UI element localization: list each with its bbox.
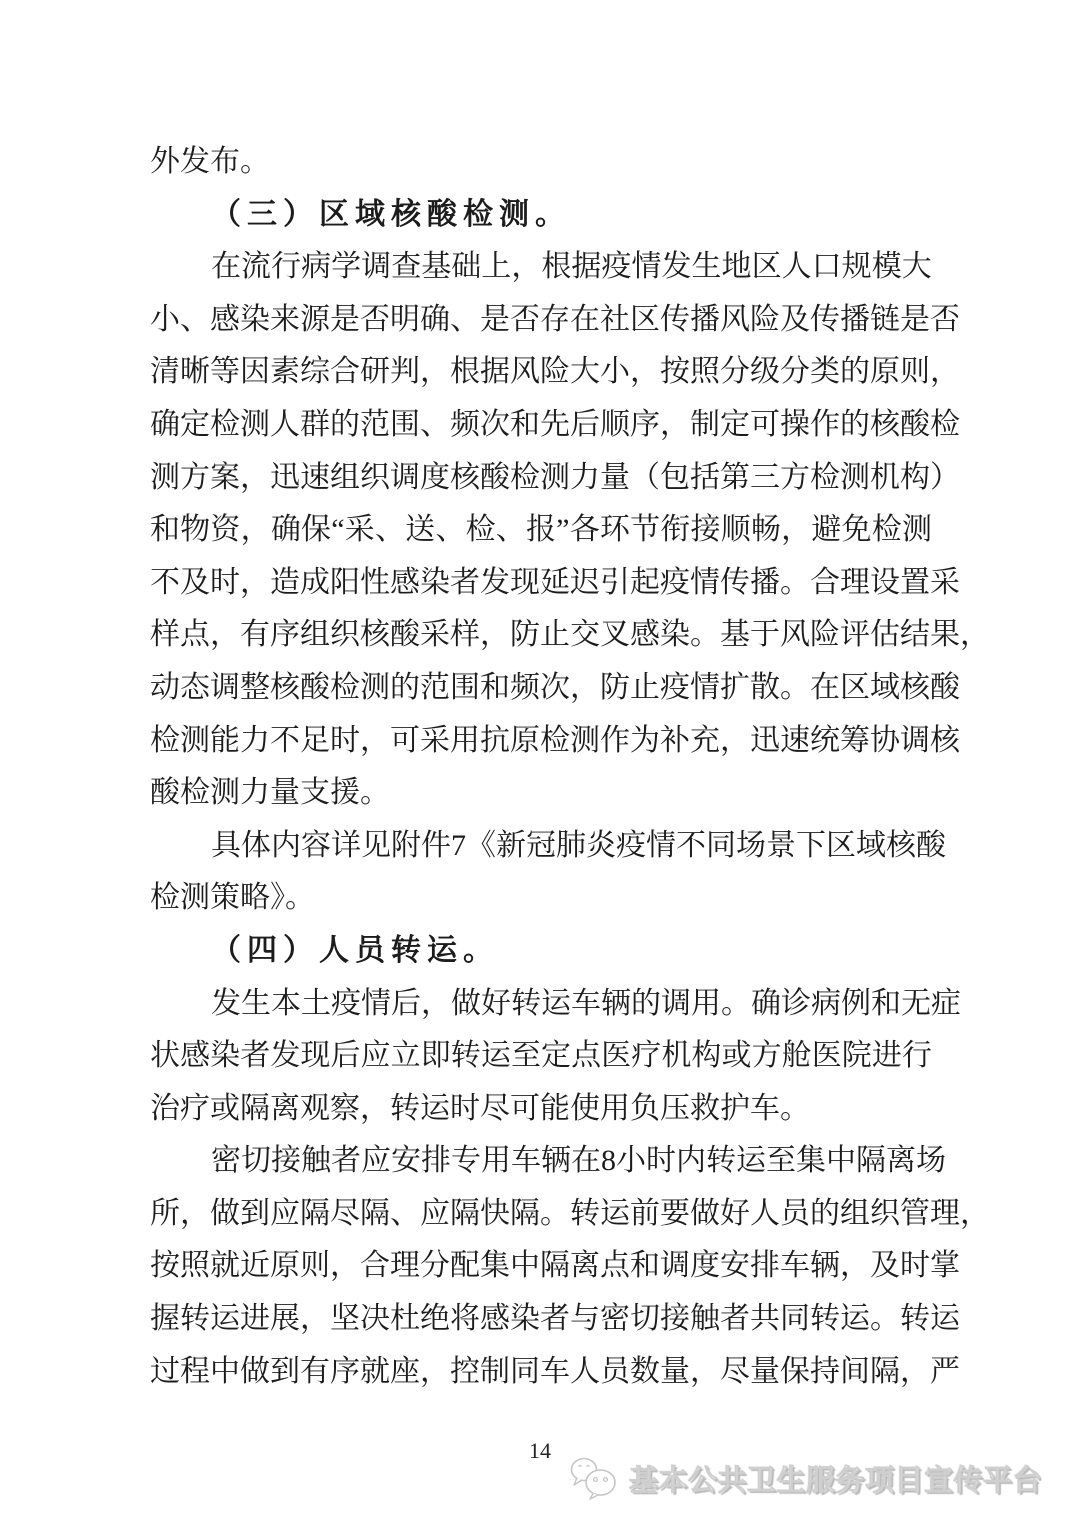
section-heading: （四）人员转运。 [150, 925, 932, 978]
text-line: 小、感染来源是否明确、是否存在社区传播风险及传播链是否 [150, 294, 932, 347]
watermark: 基本公共卫生服务项目宣传平台 [569, 1456, 1042, 1500]
text-line: 密切接触者应安排专用车辆在8小时内转运至集中隔离场 [150, 1135, 932, 1188]
text-line: 治疗或隔离观察，转运时尽可能使用负压救护车。 [150, 1083, 932, 1136]
text-line: 发生本土疫情后，做好转运车辆的调用。确诊病例和无症 [150, 978, 932, 1031]
text-line: 测方案，迅速组织调度核酸检测力量（包括第三方检测机构） [150, 452, 932, 505]
text-line: 过程中做到有序就座，控制同车人员数量，尽量保持间隔，严 [150, 1346, 932, 1399]
text-line: 清晰等因素综合研判，根据风险大小，按照分级分类的原则， [150, 346, 932, 399]
text-line: 所，做到应隔尽隔、应隔快隔。转运前要做好人员的组织管理， [150, 1188, 932, 1241]
text-line: 按照就近原则，合理分配集中隔离点和调度安排车辆，及时掌 [150, 1240, 932, 1293]
text-line: 握转运进展，坚决杜绝将感染者与密切接触者共同转运。转运 [150, 1293, 932, 1346]
text-line: 确定检测人群的范围、频次和先后顺序，制定可操作的核酸检 [150, 399, 932, 452]
text-line: 状感染者发现后应立即转运至定点医疗机构或方舱医院进行 [150, 1030, 932, 1083]
text-line: 具体内容详见附件7《新冠肺炎疫情不同场景下区域核酸 [150, 820, 932, 873]
text-line: 样点，有序组织核酸采样，防止交叉感染。基于风险评估结果， [150, 609, 932, 662]
text-line: 不及时，造成阳性感染者发现延迟引起疫情传播。合理设置采 [150, 557, 932, 610]
document-body: 外发布。（三）区域核酸检测。在流行病学调查基础上，根据疫情发生地区人口规模大小、… [150, 136, 932, 1398]
document-page: 外发布。（三）区域核酸检测。在流行病学调查基础上，根据疫情发生地区人口规模大小、… [0, 0, 1080, 1527]
text-line: 酸检测力量支援。 [150, 767, 932, 820]
text-line: 检测策略》。 [150, 872, 932, 925]
text-line: 外发布。 [150, 136, 932, 189]
section-heading: （三）区域核酸检测。 [150, 189, 932, 242]
text-line: 和物资，确保“采、送、检、报”各环节衔接顺畅，避免检测 [150, 504, 932, 557]
text-line: 检测能力不足时，可采用抗原检测作为补充，迅速统筹协调核 [150, 715, 932, 768]
text-line: 动态调整核酸检测的范围和频次，防止疫情扩散。在区域核酸 [150, 662, 932, 715]
watermark-platform-name: 基本公共卫生服务项目宣传平台 [629, 1458, 1042, 1499]
text-line: 在流行病学调查基础上，根据疫情发生地区人口规模大 [150, 241, 932, 294]
wechat-icon [569, 1456, 621, 1500]
